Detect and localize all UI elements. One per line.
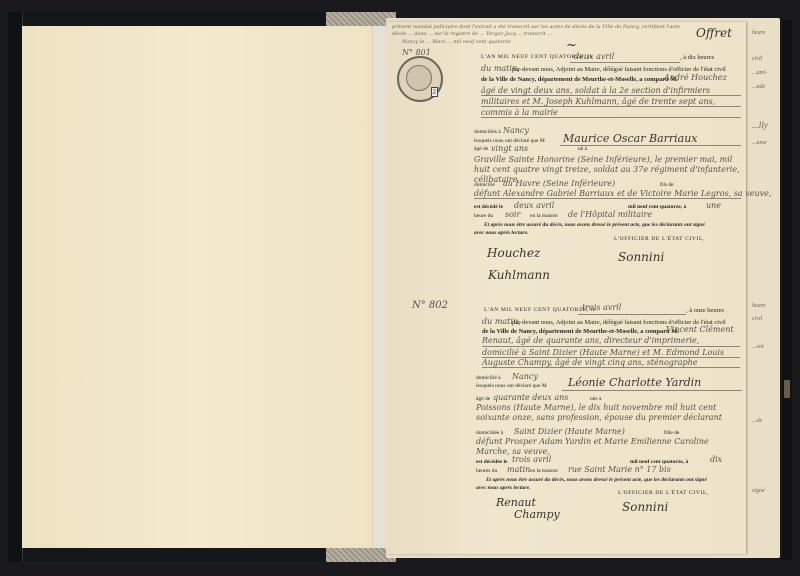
born-label: née à [590,396,601,402]
death-label: est décédé le [474,204,503,210]
rule [560,145,741,146]
declarant-name: Vincent Clément [666,325,734,334]
death-label: est décédée le [476,459,507,465]
declared-label: lesquels nous ont déclaré que M [476,383,547,389]
next-page-fragment: ...ent [752,344,764,350]
entry-hour-print: , à onze heures [686,307,724,314]
next-page-fragment: ...ume [752,140,767,146]
entry-date: trois avril [582,303,621,312]
declarant-name: André Houchez [664,73,727,82]
next-page-fragment: civil [752,316,762,322]
officer-label: L'OFFICIER DE L'ÉTAT CIVIL, [614,236,705,242]
next-page-fragment: ...lly [752,120,768,130]
rule [481,95,741,96]
rule [481,117,741,118]
entry-hour-print: , à dix heures [680,54,714,61]
hour-period: soir [505,210,520,219]
death-hour: dix [710,455,722,464]
next-page-fragment: ...ami- [752,70,768,76]
age-label: âgé de [474,146,488,152]
next-page-fragment: ...ude [752,84,765,90]
entry-number: N° 802 [412,300,448,311]
header-fragment-line: présent mandat judiciaire dont l'extrait… [392,24,680,30]
next-page-fragment: civil [752,56,762,62]
residence-label: domiciliée à [476,430,503,436]
birth-details: Poissons (Haute Marne), le dix huit nove… [476,403,742,423]
deceased-name: Maurice Oscar Barriaux [563,132,698,145]
page-gutter [372,26,387,548]
next-page-fragment: ...de [752,418,762,424]
place-label: en la maison [530,468,558,474]
entry-date: deux avril [574,52,614,61]
entry-handwritten-line: commis à la mairie [481,108,558,117]
rule [474,198,741,199]
rule [482,346,740,347]
rule [578,314,686,315]
residence-value: au Havre (Seine Inférieure) [503,179,615,188]
place-label: en la maison [530,213,558,219]
header-fragment-line: décès ... dans ... sur le registre de ..… [392,31,552,37]
next-page-fragment: signé [752,488,765,494]
age-value: vingt ans [491,144,528,153]
margin-signature: Offret [696,26,732,40]
age-value: quarante deux ans [493,393,568,402]
deceased-name: Léonie Charlotte Yardin [568,376,701,389]
born-label: né à [578,146,587,152]
entry-handwritten-line: âgé de vingt deux ans, soldat à la 2e se… [481,86,710,95]
declarant-signature: Champy [514,508,560,521]
place-value: rue Saint Marie n° 17 bis [568,465,671,474]
hour-label: heures du [476,468,497,474]
domicile-value: Nancy [512,372,538,381]
entry-line: de la Ville de Nancy, département de Meu… [481,76,678,83]
cover-spine-edge [8,12,23,562]
flourish-signature: ~ [566,38,577,53]
header-fragment-line: Nancy le ... Mars ... mil neuf cent quat… [402,39,511,45]
death-date: deux avril [514,201,554,210]
officer-signature: Sonnini [618,250,664,264]
closing-text: Et après nous être assuré du décès, nous… [484,222,705,228]
blank-left-page [22,26,372,548]
age-label: âgé de [476,396,490,402]
death-date: trois avril [512,455,551,464]
declarant-signature: Kuhlmann [488,268,550,282]
entry-line: de la Ville de Nancy, département de Meu… [482,328,679,335]
parents-value: défunt Alexandre Gabriel Barriaux et de … [474,189,771,198]
residence-value: Saint Dizier (Haute Marne) [514,427,625,436]
entry-handwritten-line: Renaut, âgé de quarante ans, directeur d… [482,336,699,345]
closing-text: avec nous après lecture. [476,485,530,491]
declarant-signature: Houchez [487,246,540,260]
place-value: de l'Hôpital militaire [568,210,652,219]
rule [481,106,741,107]
entry-handwritten-line: domicilié à Saint Dizier (Haute Marne) e… [482,348,724,357]
parents-label: fils de [660,182,674,188]
entry-handwritten-line: militaires et M. Joseph Kuhlmann, âgé de… [481,97,715,106]
entry-intro: L'AN MIL NEUF CENT QUATORZE, le [484,307,596,313]
hour-label: heure du [474,213,493,219]
entry-handwritten-line: Auguste Champy, âgé de vingt cinq ans, s… [482,358,697,367]
rule [570,62,680,63]
hour-period: matin [507,465,530,474]
death-hour: une [706,201,721,210]
residence-label: domicilié [474,182,495,188]
cover-tab [784,380,790,398]
domicile-label: domicilié à [476,375,501,381]
officer-label: L'OFFICIER DE L'ÉTAT CIVIL, [618,490,709,496]
rule [482,367,740,368]
next-page-fragment: heure [752,303,765,309]
domicile-value: Nancy [503,126,529,135]
next-page-fragment: heure [752,30,765,36]
municipal-stamp: 2 [397,56,443,102]
officer-signature: Sonnini [622,500,668,514]
stamp-emblem [406,65,432,91]
closing-text: avec nous après lecture. [474,230,528,236]
parents-value: défunt Prosper Adam Yardin et Marie Emil… [476,437,742,457]
stamp-number: 2 [431,87,439,97]
right-cover-edge [782,20,792,560]
parents-label: fille de [664,430,679,436]
entry-line: par-devant nous, Adjoint au Maire, délég… [512,66,726,73]
closing-text: Et après nous être assuré du décès, nous… [486,477,707,483]
domicile-label: domiciliés à [474,129,501,135]
rule [562,390,742,391]
